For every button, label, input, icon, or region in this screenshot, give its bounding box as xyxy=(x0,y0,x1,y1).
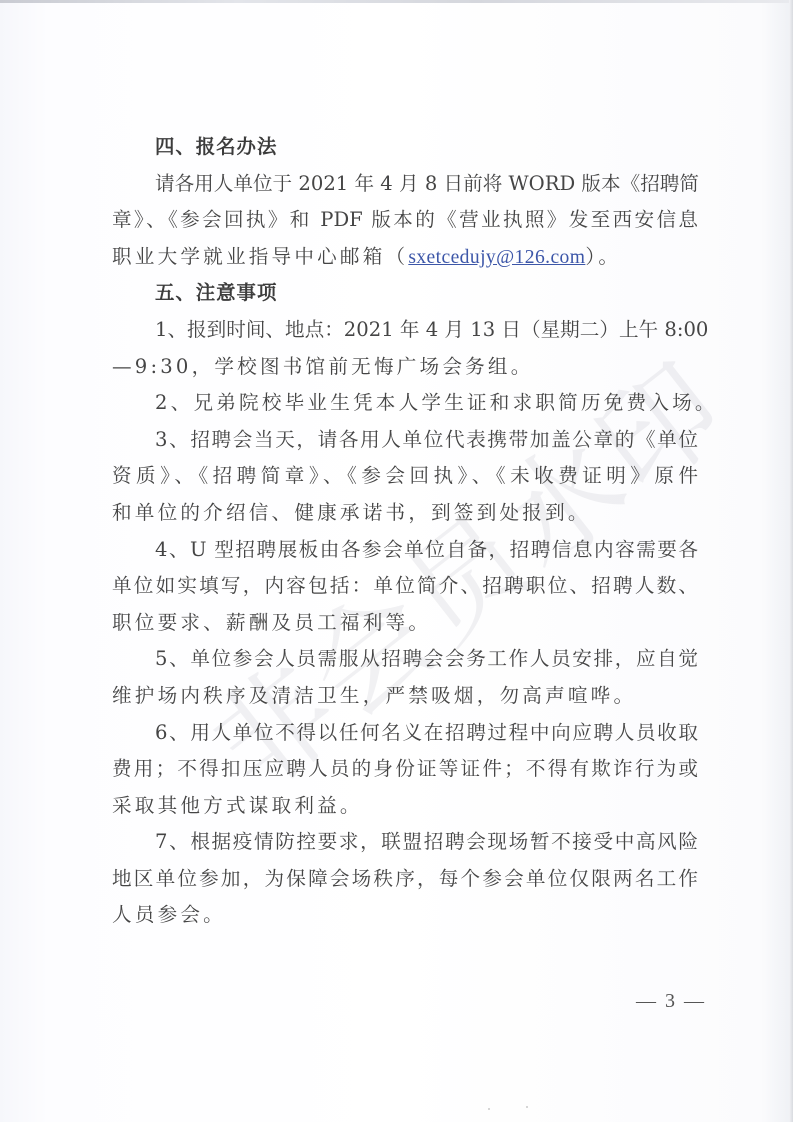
scan-top-edge xyxy=(0,0,793,3)
paragraph-line: 5、单位参会人员需服从招聘会会务工作人员安排，应自觉 xyxy=(112,641,698,678)
paragraph-line: 地区单位参加，为保障会场秩序，每个参会单位仅限两名工作 xyxy=(112,861,698,898)
paragraph-line: 7、根据疫情防控要求，联盟招聘会现场暂不接受中高风险 xyxy=(112,824,698,861)
paragraph-line: 资质》、《招聘简章》、《参会回执》、《未收费证明》原件 xyxy=(112,458,698,495)
scan-speck xyxy=(488,1108,490,1110)
paragraph-line: —9:30，学校图书馆前无悔广场会务组。 xyxy=(112,349,698,386)
paragraph-line: 采取其他方式谋取利益。 xyxy=(112,788,698,825)
scan-speck xyxy=(526,1106,528,1108)
paragraph-line: 章》、《参会回执》和 PDF 版本的《营业执照》发至西安信息 xyxy=(112,202,698,239)
paragraph-line: 费用；不得扣压应聘人员的身份证等证件；不得有欺诈行为或 xyxy=(112,751,698,788)
paragraph-line: 3、招聘会当天，请各用人单位代表携带加盖公章的《单位 xyxy=(112,422,698,459)
email-link[interactable]: sxetcedujy@126.com xyxy=(408,247,585,268)
paragraph-line: 1、报到时间、地点：2021 年 4 月 13 日（星期二）上午 8:00 xyxy=(112,312,698,349)
paragraph-line: 和单位的介绍信、健康承诺书，到签到处报到。 xyxy=(112,495,698,532)
section-heading-notes: 五、注意事项 xyxy=(112,275,698,312)
email-suffix: ）。 xyxy=(585,245,621,268)
section-heading-registration: 四、报名办法 xyxy=(112,129,698,166)
paragraph-line: 请各用人单位于 2021 年 4 月 8 日前将 WORD 版本《招聘简 xyxy=(112,166,698,203)
document-body: 四、报名办法 请各用人单位于 2021 年 4 月 8 日前将 WORD 版本《… xyxy=(112,129,698,934)
paragraph-line: 人员参会。 xyxy=(112,897,698,934)
paragraph-line: 职位要求、薪酬及员工福利等。 xyxy=(112,605,698,642)
paragraph-line: 4、U 型招聘展板由各参会单位自备，招聘信息内容需要各 xyxy=(112,532,698,569)
paragraph-line-email: 职业大学就业指导中心邮箱（sxetcedujy@126.com）。 xyxy=(112,239,698,276)
paragraph-line: 2、兄弟院校毕业生凭本人学生证和求职简历免费入场。 xyxy=(112,385,698,422)
email-prefix: 职业大学就业指导中心邮箱（ xyxy=(112,245,408,268)
paragraph-line: 6、用人单位不得以任何名义在招聘过程中向应聘人员收取 xyxy=(112,715,698,752)
paragraph-line: 维护场内秩序及清洁卫生，严禁吸烟，勿高声喧哗。 xyxy=(112,678,698,715)
scan-right-edge xyxy=(789,0,793,1122)
paragraph-line: 单位如实填写，内容包括：单位简介、招聘职位、招聘人数、 xyxy=(112,568,698,605)
page-number: — 3 — xyxy=(636,990,706,1013)
